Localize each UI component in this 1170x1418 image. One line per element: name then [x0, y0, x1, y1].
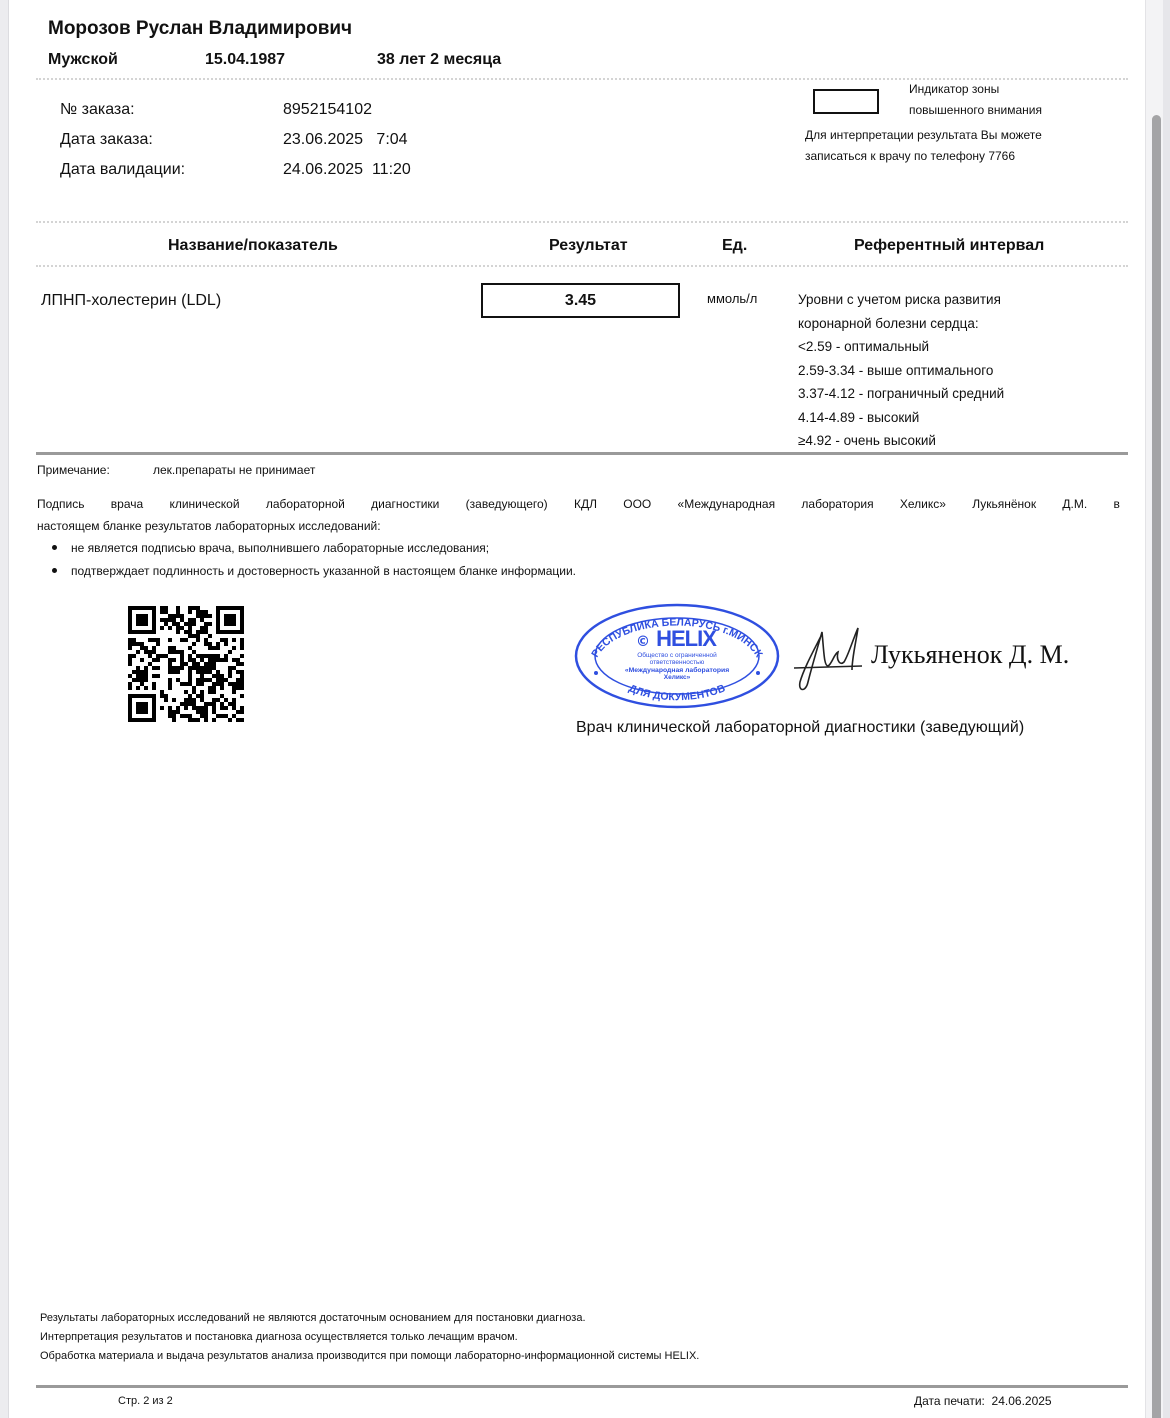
statement-word: Хеликс»: [900, 494, 946, 516]
reference-line: 4.14-4.89 - высокий: [798, 406, 1004, 430]
disclaimer-line: Результаты лабораторных исследований не …: [40, 1312, 586, 1324]
statement-word: диагностики: [371, 494, 439, 516]
patient-name: Морозов Руслан Владимирович: [48, 18, 352, 40]
signature-bullets: не является подписью врача, выполнившего…: [52, 537, 576, 583]
scrollbar-thumb[interactable]: [1152, 115, 1161, 1418]
interpretation-info-line2: записаться к врачу по телефону 7766: [805, 149, 1015, 163]
indicator-label-line1: Индикатор зоны: [909, 82, 999, 96]
doctor-title: Врач клинической лабораторной диагностик…: [576, 719, 1024, 737]
statement-word: ООО: [623, 494, 651, 516]
signature-statement-line2: настоящем бланке результатов лабораторны…: [37, 516, 1120, 538]
column-header-name: Название/показатель: [168, 237, 338, 255]
doctor-name: Лукьяненок Д. М.: [871, 640, 1069, 670]
window-left-edge: [0, 0, 9, 1418]
test-name: ЛПНП-холестерин (LDL): [41, 292, 221, 310]
statement-word: Подпись: [37, 494, 85, 516]
statement-word: (заведующего): [466, 494, 548, 516]
bullet-item: подтверждает подлинность и достоверность…: [52, 560, 576, 583]
validation-date-value: 24.06.2025 11:20: [283, 161, 411, 179]
statement-word: в: [1113, 494, 1119, 516]
disclaimer-line: Обработка материала и выдача результатов…: [40, 1350, 699, 1362]
validation-date-label: Дата валидации:: [60, 161, 185, 179]
reference-line: 3.37-4.12 - пограничный средний: [798, 382, 1004, 406]
attention-zone-indicator: [813, 89, 879, 114]
interpretation-info-line1: Для интерпретации результата Вы можете: [805, 128, 1042, 142]
divider: [36, 221, 1128, 223]
signature-statement-line1: Подписьврачаклиническойлабораторнойдиагн…: [37, 494, 1120, 516]
order-date-label: Дата заказа:: [60, 131, 153, 149]
bullet-icon: [52, 545, 57, 550]
statement-word: лабораторной: [266, 494, 345, 516]
reference-line: Уровни с учетом риска развития: [798, 288, 1004, 312]
statement-word: врача: [111, 494, 143, 516]
statement-word: КДЛ: [574, 494, 597, 516]
svg-text:«Международная лаборатория: «Международная лаборатория: [625, 666, 729, 674]
bullet-item: не является подписью врача, выполнившего…: [52, 537, 576, 560]
statement-word: лаборатория: [801, 494, 873, 516]
test-result-value: 3.45: [565, 292, 596, 310]
reference-line: ≥4.92 - очень высокий: [798, 429, 1004, 453]
disclaimer-line: Интерпретация результатов и постановка д…: [40, 1331, 518, 1343]
footer-rule: [36, 1385, 1128, 1388]
order-date-value: 23.06.2025 7:04: [283, 131, 408, 149]
column-header-reference: Референтный интервал: [854, 237, 1044, 255]
svg-text:Общество с ограниченной: Общество с ограниченной: [637, 651, 717, 659]
test-unit: ммоль/л: [707, 291, 757, 306]
reference-line: 2.59-3.34 - выше оптимального: [798, 359, 1004, 383]
doctor-signature: [792, 622, 882, 694]
svg-text:©: ©: [636, 634, 650, 650]
signature-statement: Подписьврачаклиническойлабораторнойдиагн…: [37, 494, 1120, 537]
statement-word: Д.М.: [1062, 494, 1087, 516]
test-result: 3.45: [481, 283, 680, 318]
bullet-text: подтверждает подлинность и достоверность…: [71, 564, 576, 578]
patient-birth-date: 15.04.1987: [205, 51, 285, 69]
helix-stamp: РЕСПУБЛИКА БЕЛАРУСЬ г.МИНСК ДЛЯ ДОКУМЕНТ…: [574, 603, 780, 709]
qr-code: [128, 606, 244, 722]
svg-text:ДЛЯ ДОКУМЕНТОВ: ДЛЯ ДОКУМЕНТОВ: [627, 682, 727, 703]
patient-sex: Мужской: [48, 51, 118, 69]
note-label: Примечание:: [37, 463, 110, 477]
table-bottom-rule: [36, 452, 1128, 455]
svg-text:HELIX: HELIX: [656, 626, 717, 651]
indicator-label-line2: повышенного внимания: [909, 103, 1042, 117]
column-header-result: Результат: [549, 237, 628, 255]
print-date: Дата печати: 24.06.2025: [914, 1394, 1052, 1408]
statement-word: «Международная: [678, 494, 776, 516]
column-header-unit: Ед.: [722, 237, 747, 255]
reference-line: <2.59 - оптимальный: [798, 335, 1004, 359]
bullet-text: не является подписью врача, выполнившего…: [71, 541, 489, 555]
svg-text:ответственностью: ответственностью: [650, 659, 705, 666]
reference-line: коронарной болезни сердца:: [798, 312, 1004, 336]
svg-text:Хеликс»: Хеликс»: [664, 674, 691, 681]
bullet-icon: [52, 568, 57, 573]
divider: [36, 78, 1128, 80]
page-number: Стр. 2 из 2: [118, 1395, 173, 1407]
note-value: лек.препараты не принимает: [153, 463, 315, 477]
divider: [36, 265, 1128, 267]
reference-interval: Уровни с учетом риска развития коронарно…: [798, 288, 1004, 453]
statement-word: клинической: [169, 494, 239, 516]
patient-age: 38 лет 2 месяца: [377, 51, 501, 69]
window-right-edge: [1163, 0, 1170, 1418]
order-number-label: № заказа:: [60, 101, 135, 119]
statement-word: Лукьянёнок: [972, 494, 1036, 516]
order-number-value: 8952154102: [283, 101, 372, 119]
